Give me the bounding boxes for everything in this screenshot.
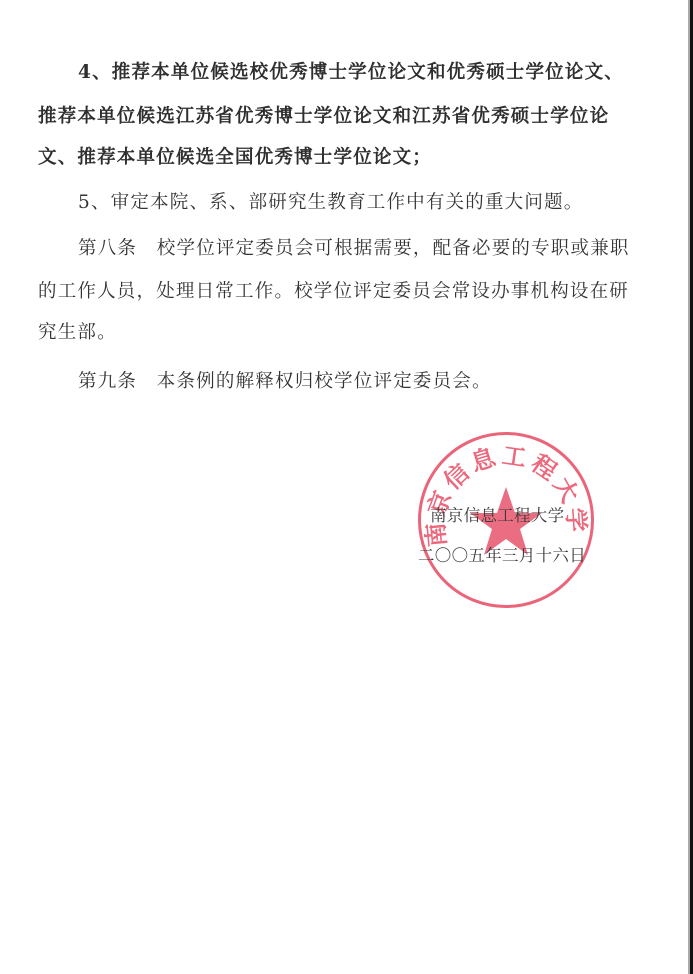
signature-date: 二〇〇五年三月十六日: [418, 542, 586, 566]
document-page: 4、推荐本单位候选校优秀博士学位论文和优秀硕士学位论文、 推荐本单位候选江苏省优…: [0, 0, 688, 974]
item-4-line-3: 文、推荐本单位候选全国优秀博士学位论文；: [38, 146, 432, 170]
article-8-line-3: 究生部。: [38, 321, 117, 345]
article-9-line-1: 第九条 本条例的解释权归校学位评定委员会。: [78, 370, 492, 394]
item-4-line-1: 4、推荐本单位候选校优秀博士学位论文和优秀硕士学位论文、: [78, 61, 624, 85]
item-4-line-2: 推荐本单位候选江苏省优秀博士学位论文和江苏省优秀硕士学位论: [38, 105, 609, 129]
article-8-line-2: 的工作人员，处理日常工作。校学位评定委员会常设办事机构设在研: [38, 280, 629, 304]
article-8-line-1: 第八条 校学位评定委员会可根据需要，配备必要的专职或兼职: [78, 237, 630, 261]
signature-organization: 南京信息工程大学: [430, 502, 564, 526]
item-5-line-1: 5、审定本院、系、部研究生教育工作中有关的重大问题。: [78, 191, 583, 215]
